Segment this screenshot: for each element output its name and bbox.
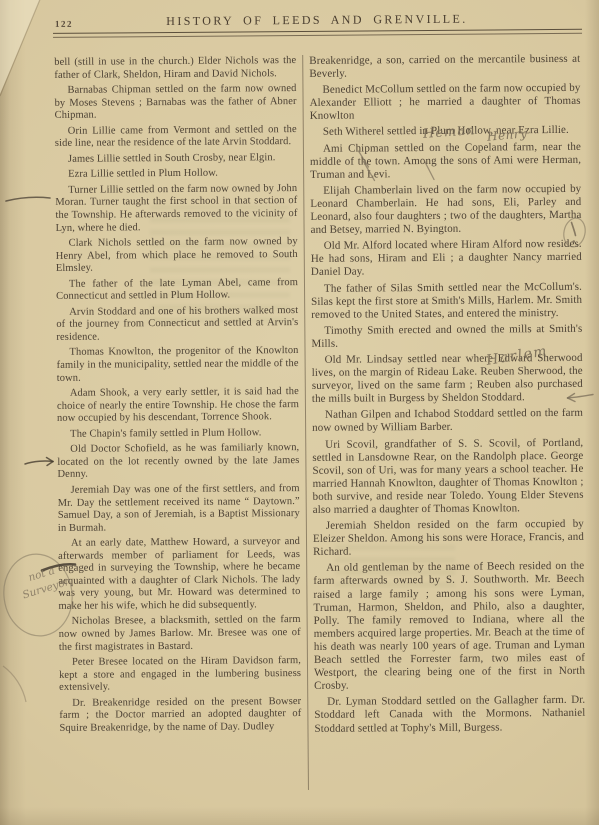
paragraph: Clark Nichols settled on the farm now ow… [56, 236, 298, 276]
paragraph: Breakenridge, a son, carried on the merc… [309, 53, 580, 81]
paragraph: Seth Witherel settled in Plum Hollow, ne… [310, 124, 581, 139]
paragraph: Nathan Gilpen and Ichabod Stoddard settl… [312, 407, 583, 435]
paragraph: Old Mr. Lindsay settled near where Edwar… [312, 352, 583, 407]
header-double-rule [53, 29, 582, 38]
paragraph: Jeremiah Day was one of the first settle… [58, 483, 300, 535]
text-columns: bell (still in use in the church.) Elder… [54, 53, 587, 795]
paragraph: The Chapin's family settled in Plum Holl… [57, 427, 299, 441]
column-divider-rule [302, 55, 309, 790]
paragraph: Ami Chipman settled on the Copeland farm… [310, 140, 581, 181]
paragraph: Nicholas Bresee, a blacksmith, settled o… [59, 614, 301, 654]
paragraph: Turner Lillie settled on the farm now ow… [55, 183, 297, 235]
paragraph: Old Doctor Schofield, as he was familiar… [57, 442, 299, 482]
left-column: bell (still in use in the church.) Elder… [54, 55, 302, 795]
paragraph: The father of Silas Smith settled near t… [311, 280, 582, 321]
paragraph: James Lillie settled in South Crosby, ne… [55, 152, 297, 166]
running-title: HISTORY OF LEEDS AND GRENVILLE. [53, 11, 581, 30]
page-sheet: 122 HISTORY OF LEEDS AND GRENVILLE. bell… [0, 0, 599, 825]
paragraph: Benedict McCollum settled on the farm no… [309, 82, 580, 123]
paragraph: Thomas Knowlton, the progenitor of the K… [56, 345, 298, 385]
right-column: Breakenridge, a son, carried on the merc… [309, 53, 586, 793]
paragraph: Orin Lillie came from Vermont and settle… [55, 124, 297, 151]
paragraph: Old Mr. Alford located where Hiram Alfor… [311, 238, 582, 279]
paragraph: Peter Bresee located on the Hiram Davids… [59, 655, 301, 695]
paragraph: Arvin Stoddard and one of his brothers w… [56, 305, 298, 345]
paragraph: Adam Shook, a very early settler, it is … [57, 386, 299, 426]
paragraph: Elijah Chamberlain lived on the farm now… [310, 183, 581, 238]
paragraph: Jeremiah Sheldon resided on the farm occ… [313, 518, 584, 559]
paragraph: The father of the late Lyman Abel, came … [56, 277, 298, 304]
paragraph: Barnabas Chipman settled on the farm now… [54, 83, 296, 123]
paragraph: bell (still in use in the church.) Elder… [54, 55, 296, 82]
paragraph: Dr. Lyman Stoddard settled on the Gallag… [314, 694, 585, 735]
scanned-book-page: 122 HISTORY OF LEEDS AND GRENVILLE. bell… [0, 0, 599, 825]
paragraph: Uri Scovil, grandfather of S. S. Scovil,… [312, 436, 584, 517]
paragraph: Timothy Smith erected and owned the mill… [311, 323, 582, 351]
paragraph: Ezra Lillie settled in Plum Hollow. [55, 167, 297, 181]
paragraph: An old gentleman by the name of Beech re… [313, 560, 585, 693]
paragraph: At an early date, Matthew Howard, a surv… [58, 536, 301, 613]
paragraph: Dr. Breakenridge resided on the present … [59, 696, 301, 736]
